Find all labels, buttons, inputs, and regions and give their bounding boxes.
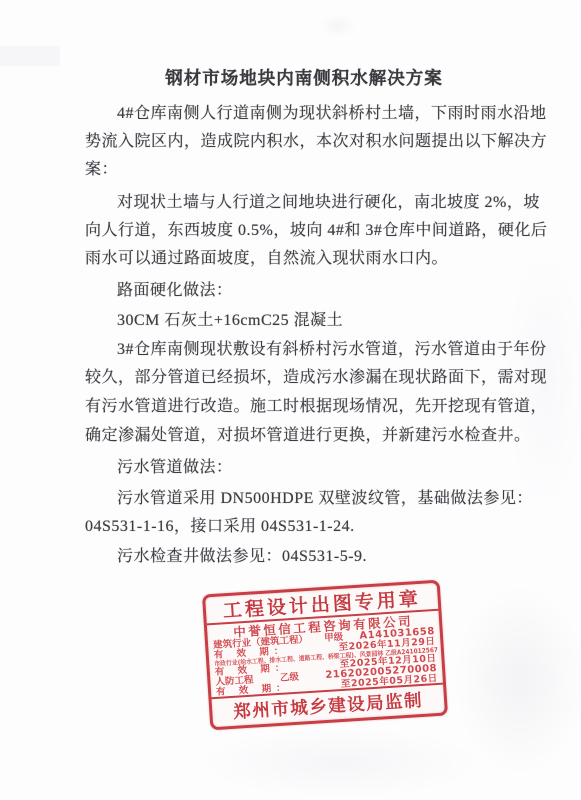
- official-stamp: 工程设计出图专用章 中誉恒信工程咨询有限公司 建筑行业（建筑工程） 甲级 A14…: [202, 580, 448, 731]
- paper-smudge: [0, 46, 60, 66]
- doc-line: 案：: [85, 160, 523, 182]
- doc-title: 钢材市场地块内南侧积水解决方案: [85, 65, 523, 90]
- doc-line: 污水管道采用 DN500HDPE 双壁波纹管，基础做法参见：: [85, 489, 523, 511]
- doc-line: 污水管道做法：: [85, 458, 523, 480]
- document-text-block: 钢材市场地块内南侧积水解决方案 4#仓库南侧人行道南侧为现状斜桥村土墙，下雨时雨…: [85, 65, 523, 585]
- doc-line: 污水检查井做法参见：04S531-5-9.: [85, 547, 523, 569]
- doc-line: 04S531-1-16，接口采用 04S531-1-24.: [85, 517, 523, 539]
- doc-line: 4#仓库南侧人行道南侧为现状斜桥村土墙，下雨时雨水沿地: [85, 104, 523, 126]
- stamp-body: 中誉恒信工程咨询有限公司 建筑行业（建筑工程） 甲级 A141031658 有 …: [207, 611, 443, 697]
- doc-line: 30CM 石灰土+16cmC25 混凝土: [85, 311, 523, 333]
- doc-line: 雨水可以通过路面坡度，自然流入现状雨水口内。: [85, 249, 523, 271]
- doc-line: 确定渗漏处管道，对损坏管道进行更换，并新建污水检查井。: [85, 426, 523, 448]
- doc-line: 向人行道，东西坡度 0.5%，坡向 4#和 3#仓库中间道路，硬化后: [85, 221, 523, 243]
- paper-smudge: [455, 585, 581, 775]
- doc-line: 势流入院区内，造成院内积水，本次对积水问题提出以下解决方: [85, 132, 523, 154]
- doc-line: 对现状土墙与人行道之间地块进行硬化，南北坡度 2%，坡: [85, 193, 523, 215]
- doc-line: 路面硬化做法：: [85, 281, 523, 303]
- doc-line: 有污水管道进行改造。施工时根据现场情况，先开挖现有管道，: [85, 397, 523, 419]
- doc-line: 较久，部分管道已经损坏，造成污水渗漏在现状路面下，需对现: [85, 368, 523, 390]
- scanned-document-page: { "doc": { "title": "钢材市场地块内南侧积水解决方案", "…: [0, 0, 581, 800]
- paper-smudge: [200, 728, 480, 798]
- paper-smudge: [320, 14, 356, 38]
- doc-line: 3#仓库南侧现状敷设有斜桥村污水管道，污水管道由于年份: [85, 340, 523, 362]
